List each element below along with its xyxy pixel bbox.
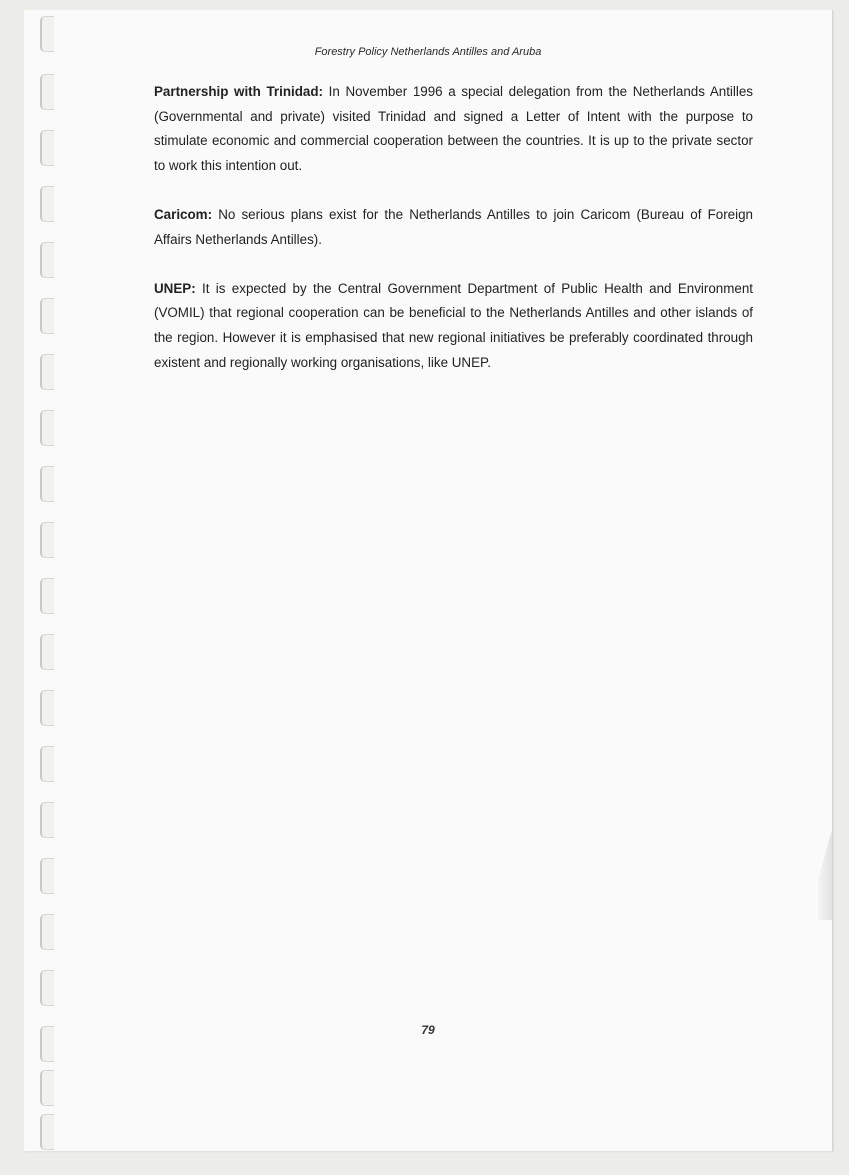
paragraph-heading: UNEP: bbox=[154, 281, 196, 296]
paragraph-trinidad: Partnership with Trinidad: In November 1… bbox=[154, 80, 753, 178]
scanned-page: Forestry Policy Netherlands Antilles and… bbox=[24, 10, 833, 1151]
binding-hole-icon bbox=[40, 578, 54, 614]
paragraph-heading: Caricom: bbox=[154, 207, 212, 222]
binding-hole-icon bbox=[40, 186, 54, 222]
binding-hole-icon bbox=[40, 354, 54, 390]
binding-hole-icon bbox=[40, 970, 54, 1006]
binding-hole-icon bbox=[40, 690, 54, 726]
binding-hole-icon bbox=[40, 746, 54, 782]
paragraph-text: It is expected by the Central Government… bbox=[154, 281, 753, 370]
running-header: Forestry Policy Netherlands Antilles and… bbox=[24, 46, 832, 58]
binding-hole-icon bbox=[40, 74, 54, 110]
body-text: Partnership with Trinidad: In November 1… bbox=[154, 80, 753, 400]
binding-hole-icon bbox=[40, 410, 54, 446]
binding-hole-icon bbox=[40, 130, 54, 166]
binding-hole-icon bbox=[40, 634, 54, 670]
binding-hole-icon bbox=[40, 1114, 54, 1150]
binding-hole-icon bbox=[40, 242, 54, 278]
page-number: 79 bbox=[24, 1023, 832, 1037]
page-fold-shadow bbox=[818, 830, 832, 920]
paragraph-caricom: Caricom: No serious plans exist for the … bbox=[154, 203, 753, 252]
binding-hole-icon bbox=[40, 298, 54, 334]
binding-hole-icon bbox=[40, 1070, 54, 1106]
paragraph-text: No serious plans exist for the Netherlan… bbox=[154, 207, 753, 247]
binding-hole-icon bbox=[40, 466, 54, 502]
binding-hole-icon bbox=[40, 802, 54, 838]
paragraph-heading: Partnership with Trinidad: bbox=[154, 84, 323, 99]
binding-hole-icon bbox=[40, 858, 54, 894]
binding-hole-icon bbox=[40, 522, 54, 558]
paragraph-unep: UNEP: It is expected by the Central Gove… bbox=[154, 277, 753, 375]
binding-hole-icon bbox=[40, 914, 54, 950]
